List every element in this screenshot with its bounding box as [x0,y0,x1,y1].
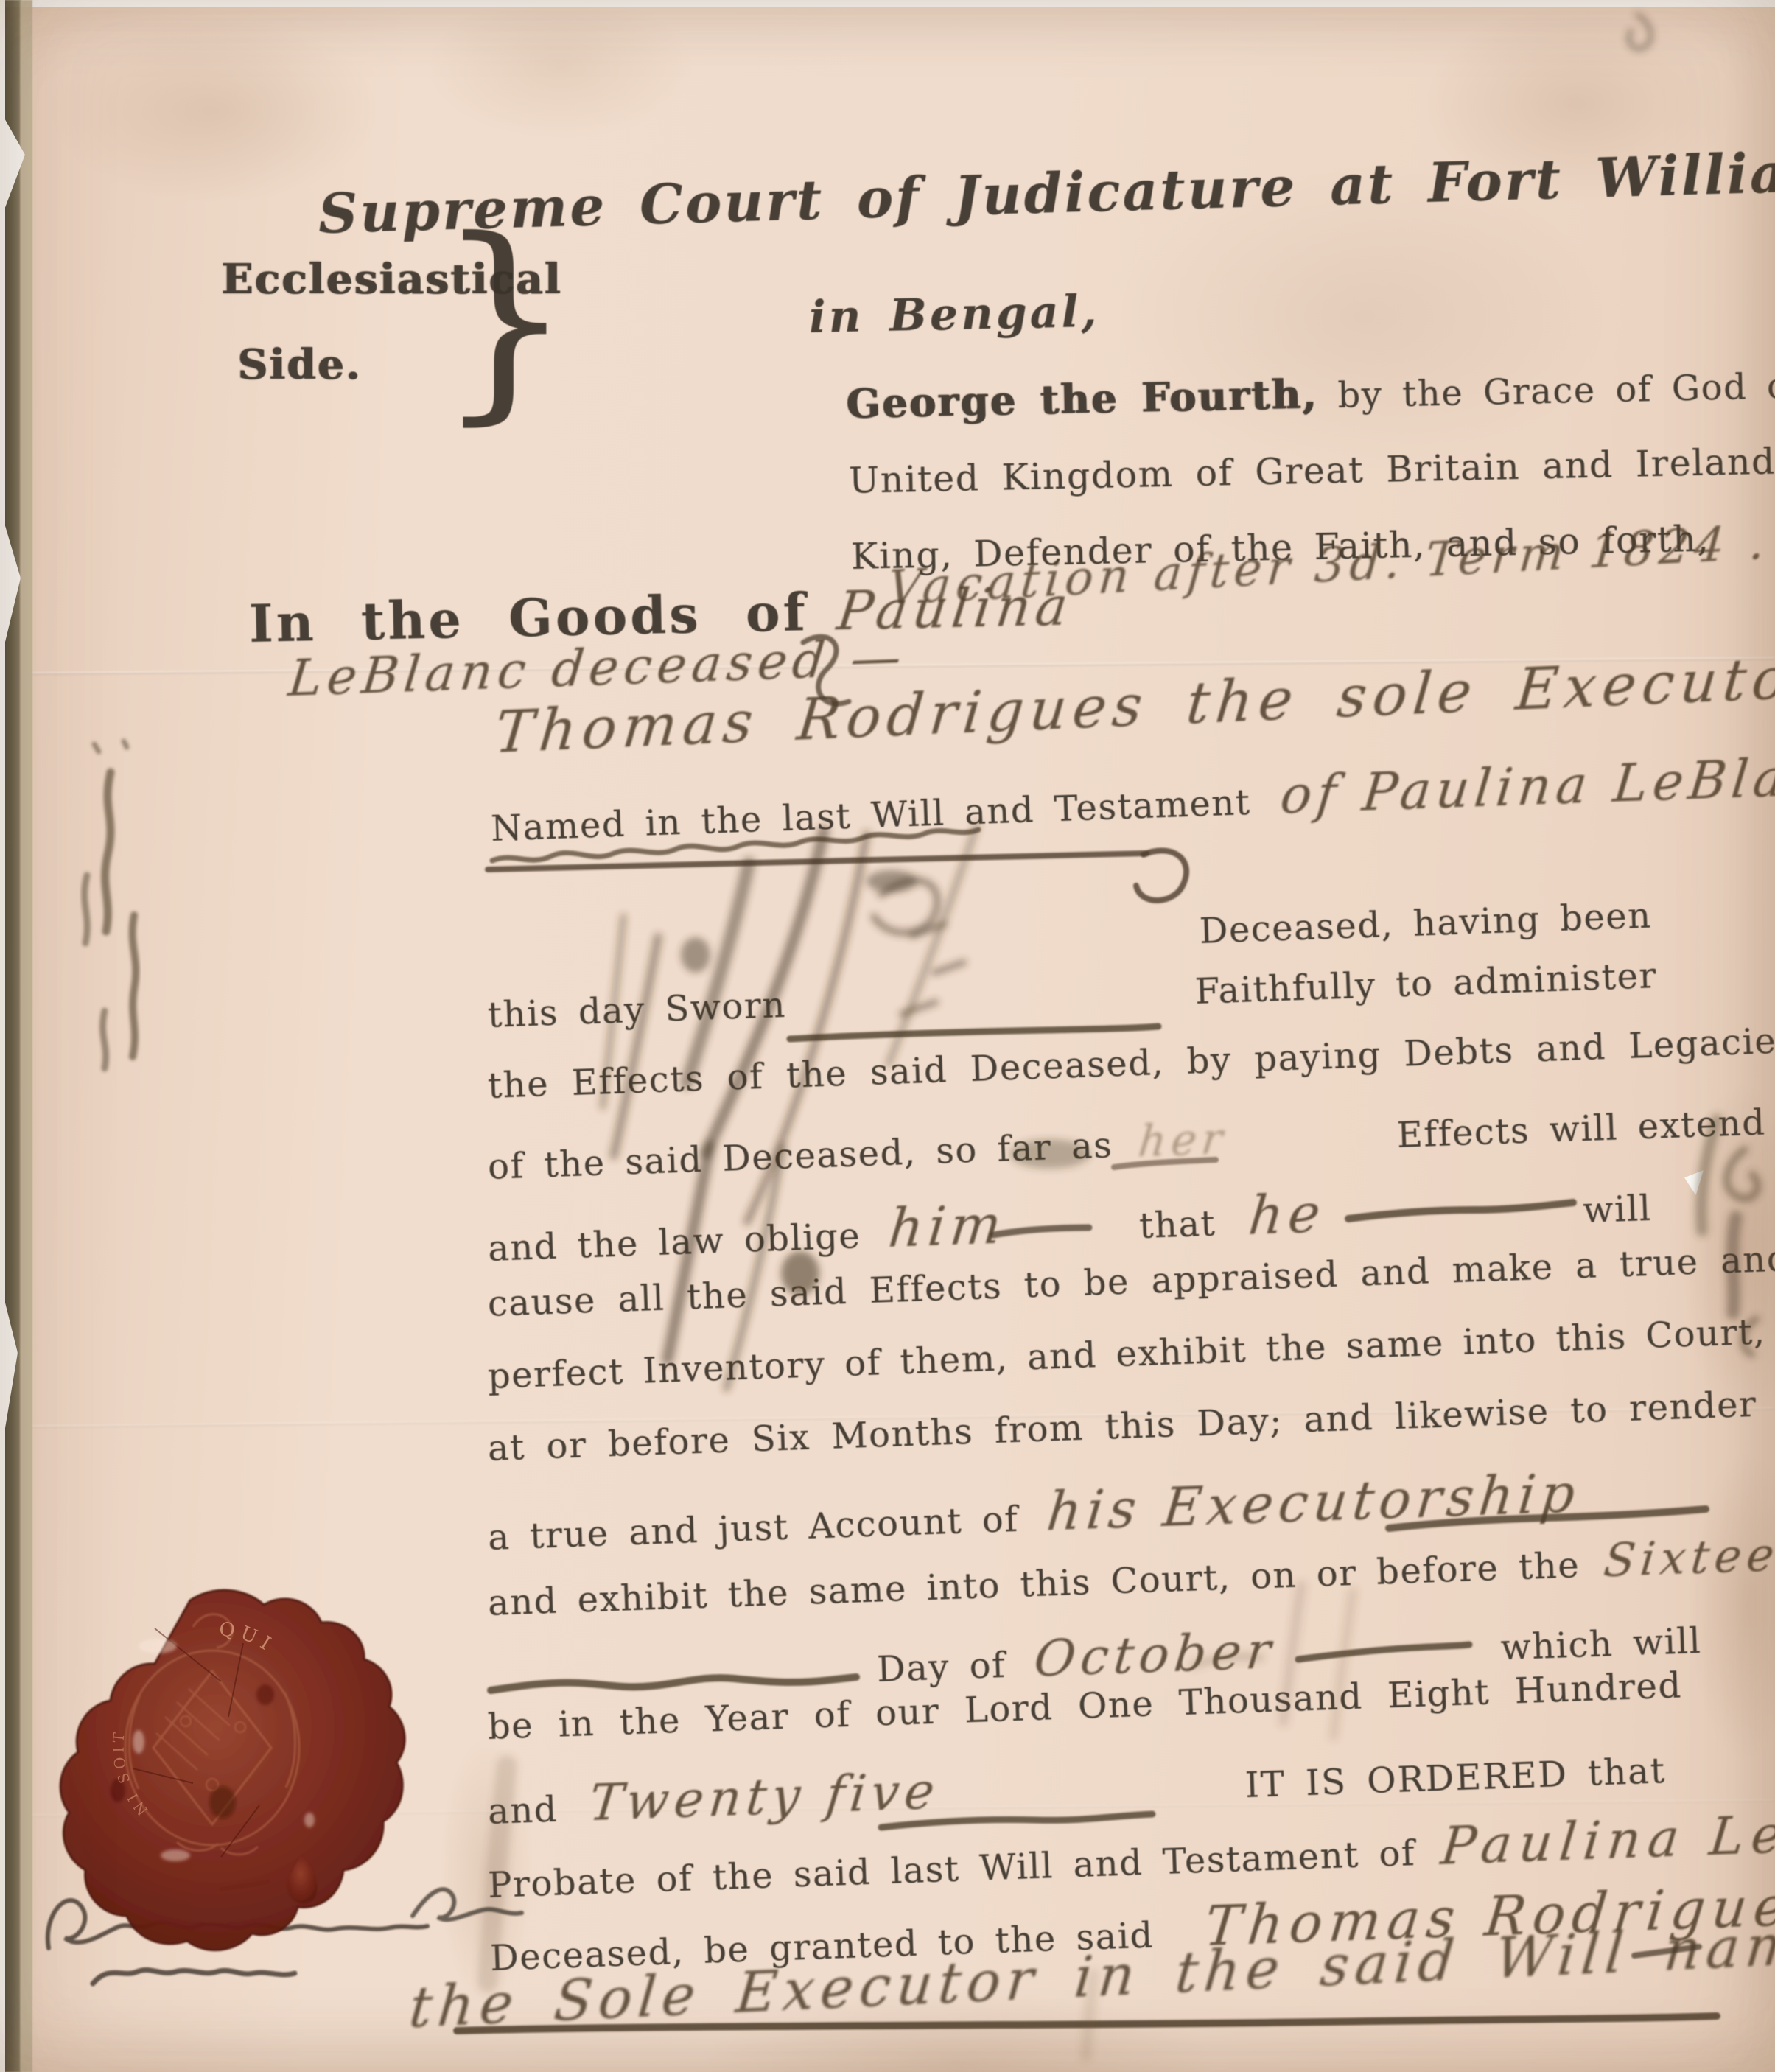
binding-spine [20,0,32,2072]
document-scan: Supreme Court of Judicature at Fort Will… [0,0,1775,2072]
scanner-edge-top [0,0,1775,7]
binding-edge [4,0,21,2072]
court-subtitle: in Bengal, [808,287,1100,343]
side-label-2: Side. [237,342,362,389]
scanner-edge-left [0,0,5,2072]
side-brace: } [436,233,573,405]
